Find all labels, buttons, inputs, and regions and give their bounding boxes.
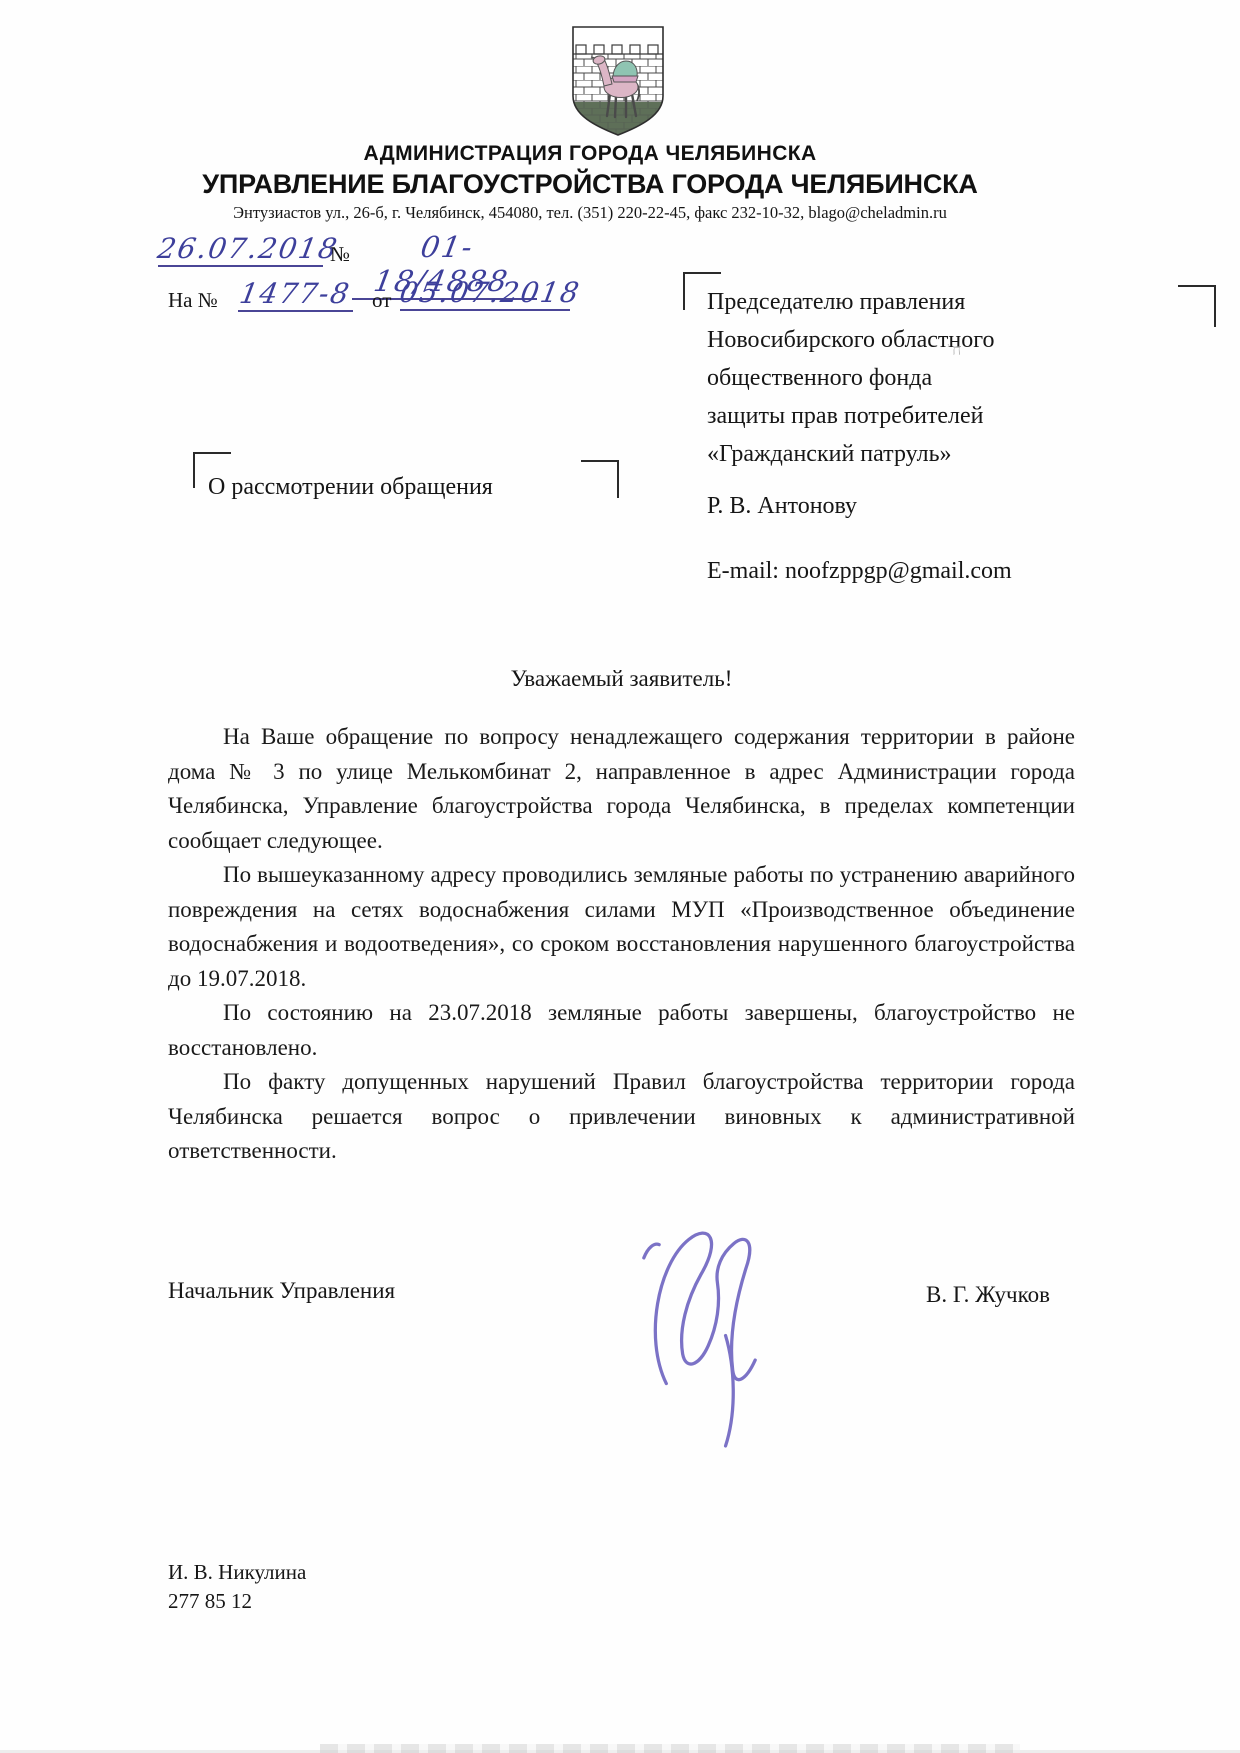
number-sign-label: № [330,242,350,267]
incoming-number-handwritten: 1477-8 [237,277,353,310]
recipient-line: Председателю правления [707,283,1127,321]
recipient-line: «Гражданский патруль» [707,435,1127,473]
body-paragraph: По факту допущенных нарушений Правил бла… [168,1065,1075,1169]
recipient-corner-mark-top-right [1178,285,1216,327]
salutation: Уважаемый заявитель! [168,666,1075,692]
signer-position: Начальник Управления [168,1278,395,1304]
body-paragraph: По вышеуказанному адресу проводились зем… [168,858,1075,996]
from-label: от [372,288,391,313]
incoming-date-field: 05.07.2018 [400,276,570,311]
body-paragraph: На Ваше обращение по вопросу ненадлежаще… [168,720,1075,858]
handwritten-signature [630,1215,815,1450]
incoming-number-label: На № [168,288,218,313]
scan-noise-mark: ʾ ח [946,343,961,360]
executor-name: И. В. Никулина [168,1560,306,1585]
body-paragraph: По состоянию на 23.07.2018 земляные рабо… [168,996,1075,1065]
recipient-address-block: Председателю правления Новосибирского об… [707,283,1127,473]
organization-name-line1: АДМИНИСТРАЦИЯ ГОРОДА ЧЕЛЯБИНСКА [0,142,1180,166]
outgoing-date-field: 26.07.2018 [158,232,323,267]
organization-name-line2: УПРАВЛЕНИЕ БЛАГОУСТРОЙСТВА ГОРОДА ЧЕЛЯБИ… [0,169,1180,200]
signer-name: В. Г. Жучков [850,1282,1050,1308]
recipient-line: защиты прав потребителей [707,397,1127,435]
organization-contact-line: Энтузиастов ул., 26-б, г. Челябинск, 454… [0,203,1180,223]
scanned-letter-page: АДМИНИСТРАЦИЯ ГОРОДА ЧЕЛЯБИНСКА УПРАВЛЕН… [0,0,1240,1753]
executor-phone: 277 85 12 [168,1589,252,1614]
subject-corner-mark-top-right [581,460,619,498]
chelyabinsk-coat-of-arms-icon [566,24,670,138]
letter-subject: О рассмотрении обращения [208,474,493,501]
incoming-date-handwritten: 05.07.2018 [397,276,583,309]
scanner-edge-band-dark [320,1744,1020,1753]
outgoing-date-handwritten: 26.07.2018 [155,232,341,265]
letter-body: На Ваше обращение по вопросу ненадлежаще… [168,720,1075,1169]
incoming-number-field: 1477-8 [238,277,353,312]
recipient-email: E-mail: noofzppgp@gmail.com [707,558,1012,585]
recipient-person-name: Р. В. Антонову [707,493,857,520]
recipient-line: Новосибирского областного [707,321,1127,359]
recipient-line: общественного фонда [707,359,1127,397]
